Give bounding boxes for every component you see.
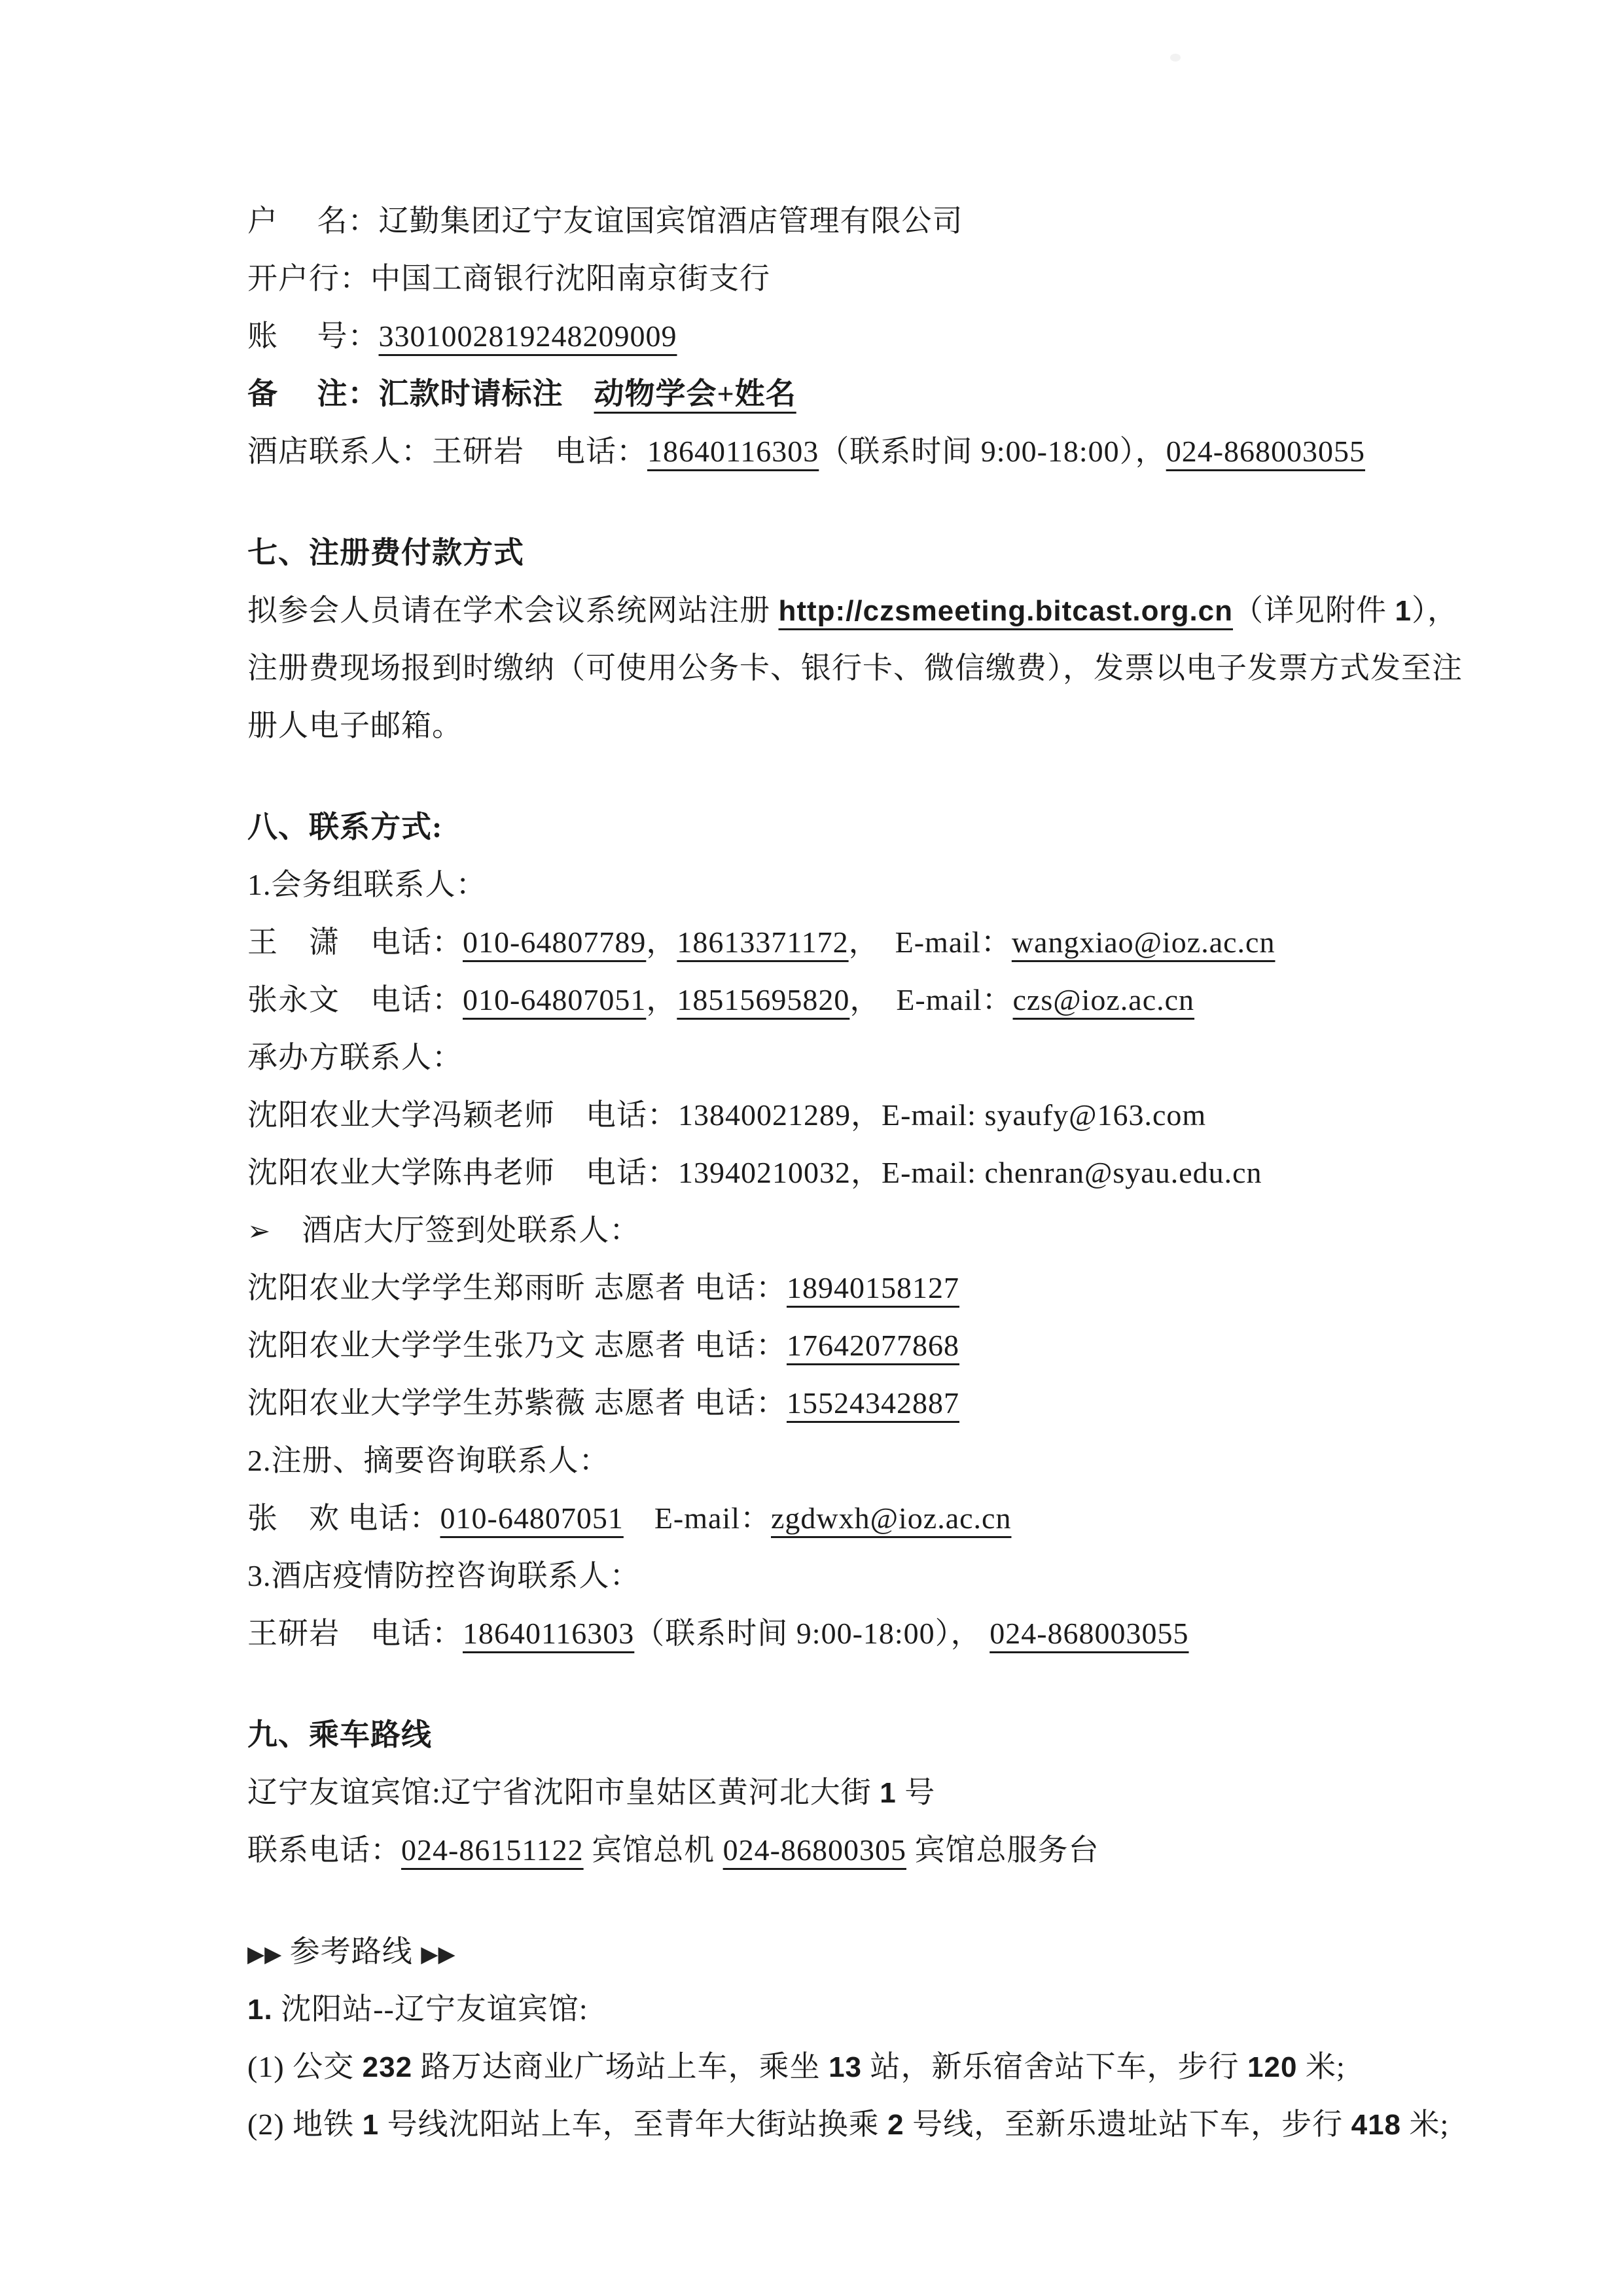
text-segment: ， (646, 925, 677, 959)
text-segment: 2 (887, 2109, 904, 2141)
text-segment: 九、乘车路线 (247, 1718, 432, 1751)
text-segment: ， E-mail： (849, 925, 1012, 959)
volunteer-zhangnaiwen: 沈阳农业大学学生张乃文 志愿者 电话：17642077868 (247, 1317, 1478, 1374)
text-segment: 024-868003055 (1166, 435, 1365, 468)
text-segment: czs@ioz.ac.cn (1013, 983, 1195, 1016)
organizer-contact-heading: 承办方联系人： (247, 1029, 1478, 1086)
text-segment: 1 (880, 1777, 896, 1809)
text-segment: 宾馆总服务台 (906, 1833, 1099, 1867)
hotel-address-line: 辽宁友谊宾馆:辽宁省沈阳市皇姑区黄河北大街 1 号 (247, 1764, 1478, 1821)
text-segment: 18613371172 (677, 925, 848, 959)
text-segment: 232 (363, 2051, 412, 2083)
contact-chenran: 沈阳农业大学陈冉老师 电话：13940210032，E-mail: chenra… (247, 1144, 1478, 1202)
route-1-heading: 1. 沈阳站--辽宁友谊宾馆: (247, 1981, 1478, 2038)
text-segment: 注册费现场报到时缴纳（可使用公务卡、银行卡、微信缴费），发票以电子发票方式发至注 (247, 651, 1463, 685)
text-segment: 酒店大厅签到处联系人： (271, 1213, 640, 1247)
text-segment: http://czsmeeting.bitcast.org.cn (779, 595, 1234, 627)
text-segment: 15524342887 (787, 1386, 959, 1420)
text-segment: 010-64807789 (463, 925, 646, 959)
text-segment: 1 (363, 2109, 379, 2141)
text-segment: 17642077868 (787, 1329, 959, 1362)
document-page: 户 名：辽勤集团辽宁友谊国宾馆酒店管理有限公司开户行：中国工商银行沈阳南京街支行… (0, 0, 1623, 2296)
scan-artifact (1170, 54, 1181, 62)
text-segment: 沈阳农业大学冯颖老师 电话：13840021289，E-mail: syaufy… (247, 1098, 1206, 1132)
text-segment: 024-86151122 (401, 1833, 584, 1867)
text-segment: 拟参会人员请在学术会议系统网站注册 (247, 594, 779, 627)
text-segment: 号线沈阳站上车，至青年大街站换乘 (379, 2108, 887, 2141)
text-segment: wangxiao@ioz.ac.cn (1012, 925, 1275, 959)
text-segment: 010-64807051 (440, 1501, 624, 1535)
volunteer-suziwei: 沈阳农业大学学生苏紫薇 志愿者 电话：15524342887 (247, 1374, 1478, 1432)
text-segment: 沈阳农业大学学生苏紫薇 志愿者 电话： (247, 1386, 787, 1420)
remark-line: 备 注：汇款时请标注 动物学会+姓名 (247, 365, 1478, 423)
text-segment: 动物学会+姓名 (594, 377, 796, 410)
text-segment: 王 潇 电话： (247, 925, 463, 959)
text-segment: 米; (1401, 2108, 1449, 2141)
text-segment: 418 (1351, 2109, 1401, 2141)
text-segment: 18515695820 (677, 983, 849, 1016)
text-segment: 号线，至新乐遗址站下车，步行 (904, 2108, 1351, 2141)
text-segment: 010-64807051 (463, 983, 646, 1016)
text-segment: 024-868003055 (990, 1617, 1188, 1650)
text-segment: 18640116303 (647, 435, 819, 468)
text-segment: 王研岩 电话： (247, 1617, 463, 1650)
text-segment: 18640116303 (463, 1617, 634, 1650)
text-segment: 站，新乐宿舍站下车，步行 (862, 2050, 1247, 2083)
section-9-heading: 九、乘车路线 (247, 1706, 1478, 1764)
contact-zhanghuan: 张 欢 电话：010-64807051 E-mail：zgdwxh@ioz.ac… (247, 1490, 1478, 1547)
payment-line-1: 拟参会人员请在学术会议系统网站注册 http://czsmeeting.bitc… (247, 582, 1478, 639)
text-segment: 辽宁友谊宾馆:辽宁省沈阳市皇姑区黄河北大街 (247, 1776, 880, 1809)
text-segment: （详见附件 (1233, 594, 1395, 627)
text-segment: 3.酒店疫情防控咨询联系人： (247, 1559, 641, 1592)
document-content: 户 名：辽勤集团辽宁友谊国宾馆酒店管理有限公司开户行：中国工商银行沈阳南京街支行… (247, 192, 1478, 2153)
epidemic-consult-heading: 3.酒店疫情防控咨询联系人： (247, 1547, 1478, 1605)
text-segment: 18940158127 (787, 1271, 959, 1304)
text-segment: ， E-mail： (849, 983, 1012, 1016)
text-segment: 七、注册费付款方式 (247, 536, 524, 569)
account-number-line: 账 号：3301002819248209009 (247, 308, 1478, 365)
section-8-heading: 八、联系方式: (247, 798, 1478, 856)
contact-zhangyongwen: 张永文 电话：010-64807051，18515695820， E-mail：… (247, 971, 1478, 1029)
registration-consult-heading: 2.注册、摘要咨询联系人： (247, 1432, 1478, 1490)
hotel-contact-line: 酒店联系人：王研岩 电话：18640116303（联系时间 9:00-18:00… (247, 423, 1478, 480)
contact-wangxiao: 王 潇 电话：010-64807789，18613371172， E-mail：… (247, 914, 1478, 971)
text-segment: ）， (1412, 594, 1458, 627)
payment-line-2: 注册费现场报到时缴纳（可使用公务卡、银行卡、微信缴费），发票以电子发票方式发至注 (247, 639, 1478, 697)
route-1-option-1: (1) 公交 232 路万达商业广场站上车，乘坐 13 站，新乐宿舍站下车，步行… (247, 2038, 1478, 2096)
double-right-arrow-icon: ▶▶ (421, 1943, 455, 1967)
text-segment: （联系时间 9:00-18:00）， (634, 1617, 990, 1650)
text-segment: 米; (1297, 2050, 1345, 2083)
text-segment: 120 (1247, 2051, 1297, 2083)
text-segment: 张 欢 电话： (247, 1501, 440, 1535)
text-segment: 八、联系方式: (247, 810, 442, 844)
text-segment: （联系时间 9:00-18:00）， (819, 435, 1166, 468)
section-7-heading: 七、注册费付款方式 (247, 524, 1478, 582)
contact-fengying: 沈阳农业大学冯颖老师 电话：13840021289，E-mail: syaufy… (247, 1086, 1478, 1144)
text-segment: 宾馆总机 (584, 1833, 723, 1867)
hotel-phone-line: 联系电话：024-86151122 宾馆总机 024-86800305 宾馆总服… (247, 1821, 1478, 1879)
reference-route-heading: ▶▶ 参考路线 ▶▶ (247, 1923, 1478, 1981)
text-segment: 沈阳农业大学学生张乃文 志愿者 电话： (247, 1329, 787, 1362)
text-segment: 号 (897, 1776, 936, 1809)
text-segment: (2) 地铁 (247, 2108, 363, 2141)
text-segment: (1) 公交 (247, 2050, 363, 2083)
text-segment: 账 号： (247, 319, 379, 353)
volunteer-zhengyuxin: 沈阳农业大学学生郑雨昕 志愿者 电话：18940158127 (247, 1259, 1478, 1317)
text-segment: 13 (829, 2051, 862, 2083)
text-segment: 沈阳农业大学陈冉老师 电话：13940210032，E-mail: chenra… (247, 1156, 1262, 1189)
text-segment: 参考路线 (281, 1935, 421, 1968)
text-segment: 张永文 电话： (247, 983, 463, 1016)
contact-wangyanyan: 王研岩 电话：18640116303（联系时间 9:00-18:00）， 024… (247, 1605, 1478, 1662)
double-right-arrow-icon: ▶▶ (247, 1943, 281, 1967)
text-segment: 户 名：辽勤集团辽宁友谊国宾馆酒店管理有限公司 (247, 204, 963, 238)
text-segment: 酒店联系人：王研岩 电话： (247, 435, 647, 468)
account-name-line: 户 名：辽勤集团辽宁友谊国宾馆酒店管理有限公司 (247, 192, 1478, 250)
text-segment: zgdwxh@ioz.ac.cn (771, 1501, 1011, 1535)
text-segment: 2.注册、摘要咨询联系人： (247, 1444, 610, 1477)
text-segment: 024-86800305 (723, 1833, 906, 1867)
text-segment: 3301002819248209009 (379, 319, 677, 353)
route-1-option-2: (2) 地铁 1 号线沈阳站上车，至青年大街站换乘 2 号线，至新乐遗址站下车，… (247, 2096, 1478, 2153)
text-segment: 路万达商业广场站上车，乘坐 (412, 2050, 829, 2083)
text-segment: 承办方联系人： (247, 1041, 463, 1074)
text-segment: 沈阳农业大学学生郑雨昕 志愿者 电话： (247, 1271, 787, 1304)
payment-line-3: 册人电子邮箱。 (247, 697, 1478, 755)
text-segment: 备 注：汇款时请标注 (247, 377, 594, 410)
group-contact-heading: 1.会务组联系人： (247, 856, 1478, 914)
text-segment: 1 (1395, 595, 1412, 627)
arrowhead-bullet-icon: ➢ (247, 1217, 271, 1247)
text-segment: 1.会务组联系人： (247, 868, 487, 901)
text-segment: ， (646, 983, 677, 1016)
text-segment: 开户行：中国工商银行沈阳南京街支行 (247, 262, 770, 295)
text-segment: E-mail： (624, 1501, 771, 1535)
bank-line: 开户行：中国工商银行沈阳南京街支行 (247, 250, 1478, 308)
text-segment: 联系电话： (247, 1833, 401, 1867)
text-segment: 1. (247, 1994, 273, 2026)
lobby-checkin-heading: ➢ 酒店大厅签到处联系人： (247, 1202, 1478, 1259)
text-segment: 册人电子邮箱。 (247, 709, 463, 742)
text-segment: 沈阳站--辽宁友谊宾馆: (273, 1992, 588, 2026)
